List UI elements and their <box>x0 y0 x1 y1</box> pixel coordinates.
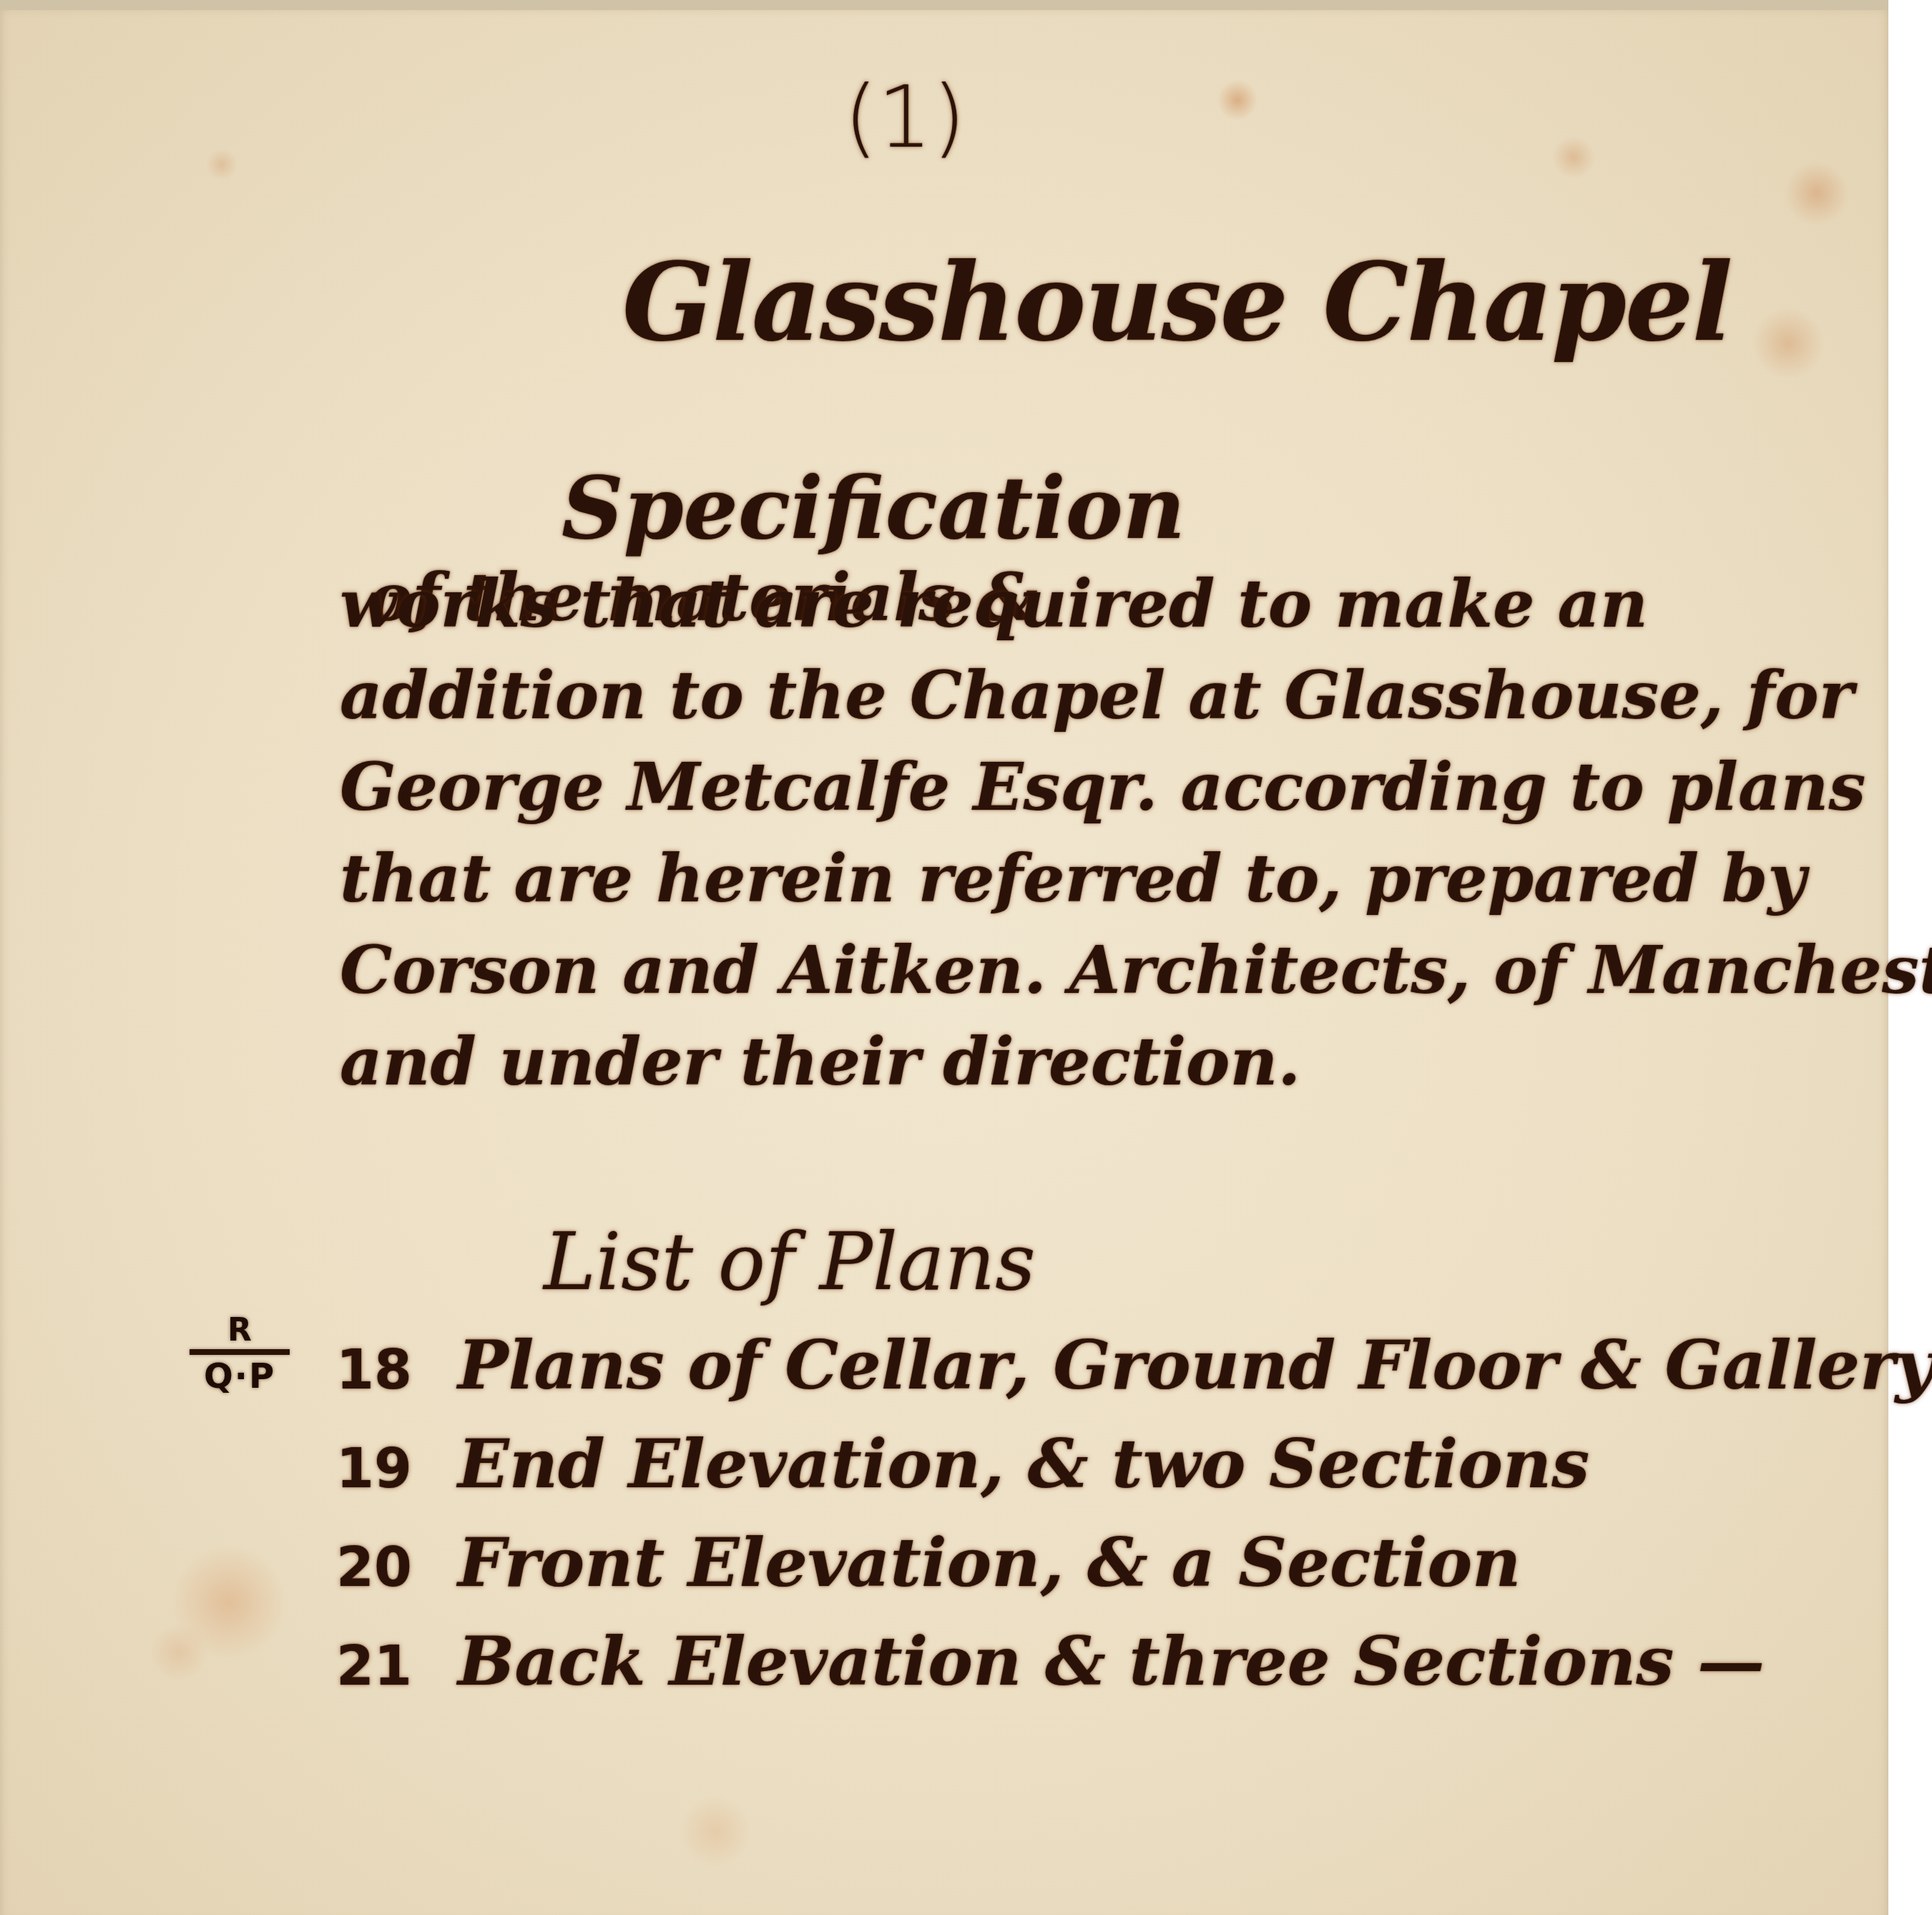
plan-description: Back Elevation & three Sections — <box>458 1622 1765 1701</box>
plan-number: 20 <box>336 1535 412 1599</box>
plan-number: 18 <box>336 1338 412 1401</box>
specification-paragraph: Specification of the materials & works t… <box>340 458 1842 1115</box>
manuscript-page: (1) Glasshouse Chapel Specification of t… <box>0 0 1888 1915</box>
spec-line-2: works that are required to make an <box>340 565 1842 657</box>
archive-stamp: R Q·P <box>182 1315 297 1404</box>
spec-line-text: and under their direction. <box>340 1023 1300 1100</box>
spec-line-text: that are herein referred to, prepared by <box>340 840 1806 917</box>
plan-description: End Elevation, & two Sections <box>458 1425 1589 1504</box>
spec-lead-word: Specification <box>562 458 1185 559</box>
spec-line-1: Specification of the materials & <box>340 458 1842 565</box>
stamp-top-text: R <box>182 1315 297 1346</box>
stamp-bottom-text: Q·P <box>182 1356 297 1396</box>
stamp-divider <box>190 1349 290 1355</box>
spec-line-text: works that are required to make an <box>340 565 1648 642</box>
list-of-plans-heading: List of Plans <box>544 1216 1036 1308</box>
plan-number: 21 <box>336 1634 412 1698</box>
spec-line-4: George Metcalfe Esqr. according to plans <box>340 748 1842 840</box>
spec-line-text: addition to the Chapel at Glasshouse, fo… <box>340 657 1853 734</box>
spec-line-3: addition to the Chapel at Glasshouse, fo… <box>340 657 1842 748</box>
plan-number: 19 <box>336 1436 412 1500</box>
spec-line-7: and under their direction. <box>340 1023 1842 1115</box>
page-top-edge <box>0 0 1888 10</box>
spec-line-text: Corson and Aitken. Architects, of Manche… <box>340 931 1932 1009</box>
plan-description: Front Elevation, & a Section <box>458 1524 1521 1602</box>
plan-description: Plans of Cellar, Ground Floor & Gallery <box>458 1326 1932 1405</box>
page-number: (1) <box>844 68 966 167</box>
spec-line-6: Corson and Aitken. Architects, of Manche… <box>340 931 1842 1023</box>
spec-line-text: George Metcalfe Esqr. according to plans <box>340 748 1865 826</box>
document-title: Glasshouse Chapel <box>622 240 1731 366</box>
spec-line-5: that are herein referred to, prepared by <box>340 840 1842 931</box>
